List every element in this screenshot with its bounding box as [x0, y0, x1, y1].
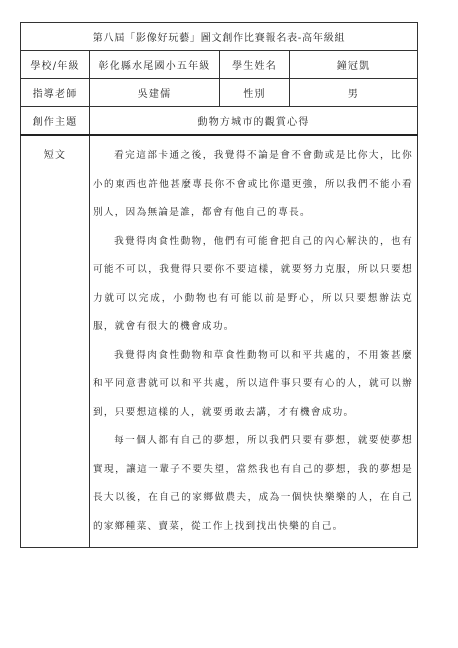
document-page: 第八屆「影像好玩藝」圖文創作比賽報名表-高年級組 學校/年級 彰化縣水尾國小五年…	[0, 0, 458, 648]
gender-label: 性別	[220, 79, 290, 107]
form-title-row: 第八屆「影像好玩藝」圖文創作比賽報名表-高年級組	[21, 23, 418, 51]
essay-paragraph-2: 我覺得肉食性動物，他們有可能會把自己的內心解決的，也有可能不可以，我覺得只要你不…	[93, 228, 413, 342]
essay-paragraph-4: 每一個人都有自己的夢想，所以我們只要有夢想，就要使夢想實現，讓這一輩子不要失望，…	[93, 427, 413, 541]
theme-label: 創作主題	[21, 107, 90, 136]
registration-form-table: 第八屆「影像好玩藝」圖文創作比賽報名表-高年級組 學校/年級 彰化縣水尾國小五年…	[20, 22, 418, 548]
school-row: 學校/年級 彰化縣水尾國小五年級 學生姓名 鐘冠凱	[21, 51, 418, 79]
student-name-value: 鐘冠凱	[290, 51, 418, 79]
essay-body: 看完這部卡通之後，我覺得不論是會不會動或是比你大，比你小的東西也許他甚麼專長你不…	[90, 135, 418, 548]
school-grade-label: 學校/年級	[21, 51, 90, 79]
teacher-row: 指導老師 吳建儒 性別 男	[21, 79, 418, 107]
teacher-label: 指導老師	[21, 79, 90, 107]
school-grade-value: 彰化縣水尾國小五年級	[90, 51, 220, 79]
essay-label: 短文	[21, 135, 90, 548]
essay-row: 短文 看完這部卡通之後，我覺得不論是會不會動或是比你大，比你小的東西也許他甚麼專…	[21, 135, 418, 548]
teacher-value: 吳建儒	[90, 79, 220, 107]
form-title: 第八屆「影像好玩藝」圖文創作比賽報名表-高年級組	[21, 23, 418, 51]
student-name-label: 學生姓名	[220, 51, 290, 79]
theme-value: 動物方城市的觀賞心得	[90, 107, 418, 136]
gender-value: 男	[290, 79, 418, 107]
essay-paragraph-3: 我覺得肉食性動物和草食性動物可以和平共處的，不用簽甚麼和平同意書就可以和平共處，…	[93, 342, 413, 428]
essay-paragraph-1: 看完這部卡通之後，我覺得不論是會不會動或是比你大，比你小的東西也許他甚麼專長你不…	[93, 142, 413, 228]
theme-row: 創作主題 動物方城市的觀賞心得	[21, 107, 418, 136]
